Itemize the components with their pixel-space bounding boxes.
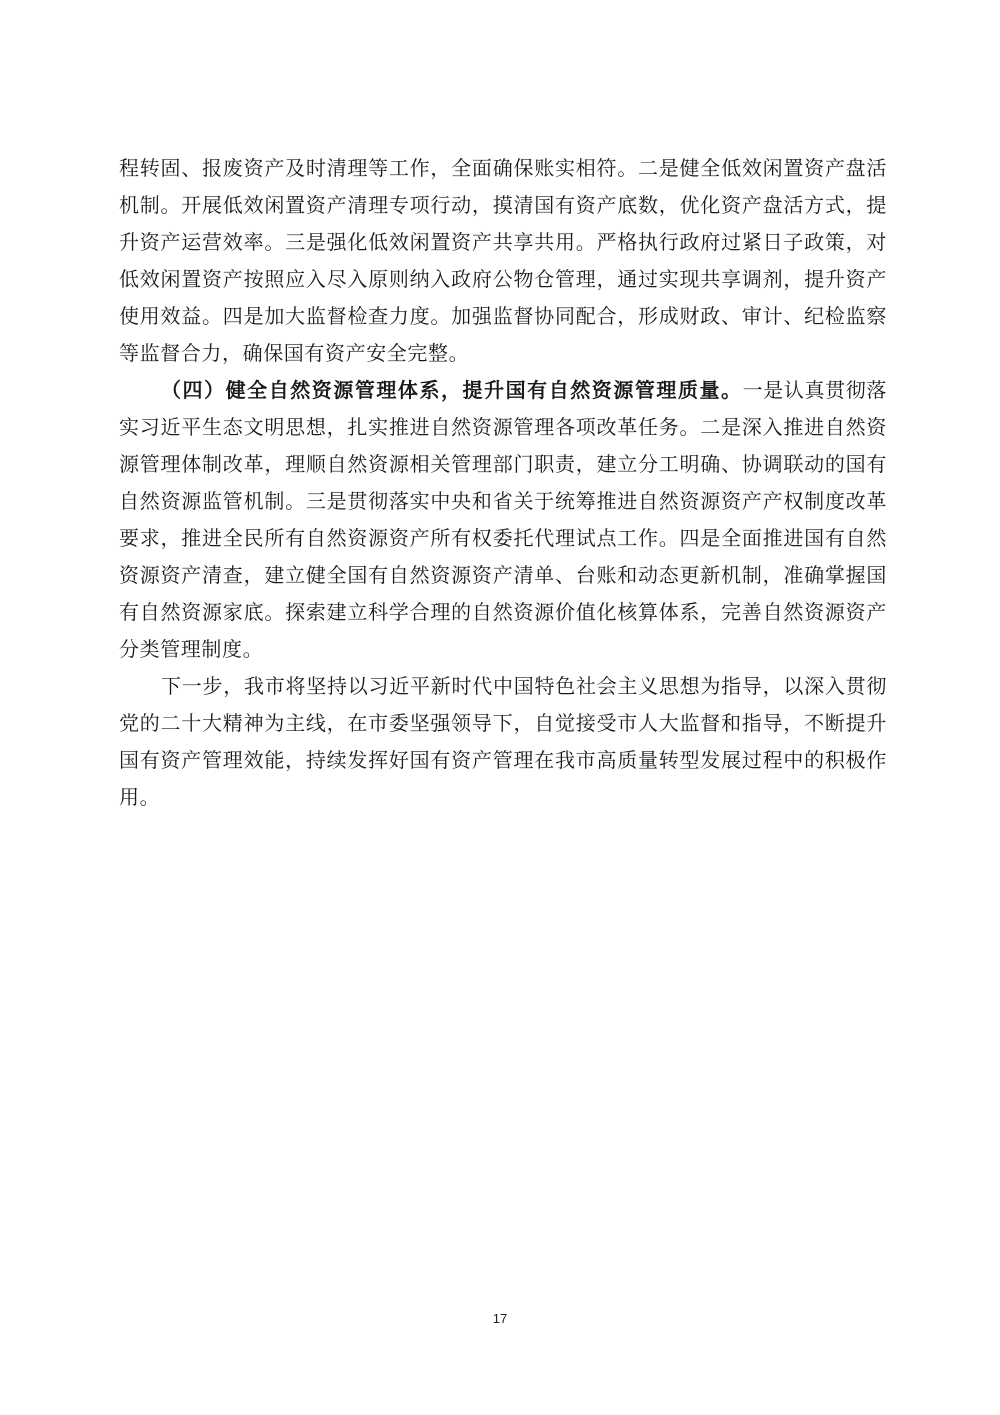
paragraph-asset-management-continued: 程转固、报废资产及时清理等工作，全面确保账实相符。二是健全低效闲置资产盘活机制。… <box>119 150 887 372</box>
paragraph-text: 下一步，我市将坚持以习近平新时代中国特色社会主义思想为指导，以深入贯彻党的二十大… <box>119 674 887 809</box>
paragraph-text: 程转固、报废资产及时清理等工作，全面确保账实相符。二是健全低效闲置资产盘活机制。… <box>119 156 887 365</box>
paragraph-natural-resources: （四）健全自然资源管理体系，提升国有自然资源管理质量。一是认真贯彻落实习近平生态… <box>119 372 887 668</box>
document-page: 程转固、报废资产及时清理等工作，全面确保账实相符。二是健全低效闲置资产盘活机制。… <box>0 0 1000 1415</box>
body-text: 程转固、报废资产及时清理等工作，全面确保账实相符。二是健全低效闲置资产盘活机制。… <box>119 150 887 816</box>
page-number: 17 <box>0 1311 1000 1326</box>
paragraph-next-steps: 下一步，我市将坚持以习近平新时代中国特色社会主义思想为指导，以深入贯彻党的二十大… <box>119 668 887 816</box>
paragraph-text: 一是认真贯彻落实习近平生态文明思想，扎实推进自然资源管理各项改革任务。二是深入推… <box>119 378 887 661</box>
section-heading-4: （四）健全自然资源管理体系，提升国有自然资源管理质量。 <box>161 378 743 402</box>
